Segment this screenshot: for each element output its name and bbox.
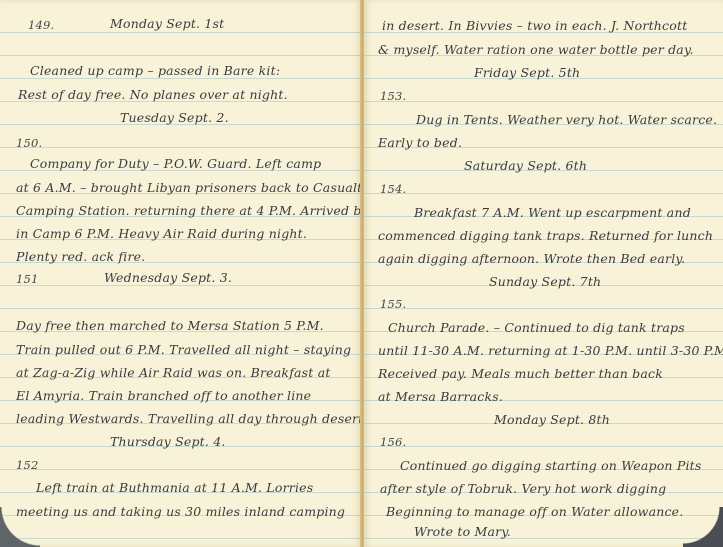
entry-date: Friday Sept. 5th: [474, 65, 580, 80]
entry-number: 149.: [28, 18, 54, 32]
entry-date: Monday Sept. 8th: [494, 412, 610, 427]
diary-line: Train pulled out 6 P.M. Travelled all ni…: [16, 342, 351, 357]
diary-line: Wrote to Mary.: [414, 524, 511, 539]
diary-line: Left train at Buthmania at 11 A.M. Lorri…: [36, 480, 313, 495]
entry-number: 151: [16, 272, 39, 286]
diary-line: Early to bed.: [378, 135, 462, 150]
right-page: in desert. In Bivvies – two in each. J. …: [364, 0, 723, 547]
diary-line: Continued go digging starting on Weapon …: [400, 458, 702, 473]
entry-date: Saturday Sept. 6th: [464, 158, 587, 173]
diary-line: Dug in Tents. Weather very hot. Water sc…: [416, 112, 717, 127]
diary-line: Cleaned up camp – passed in Bare kit:: [30, 63, 280, 78]
diary-line: meeting us and taking us 30 miles inland…: [16, 504, 345, 519]
diary-line: leading Westwards. Travelling all day th…: [16, 411, 362, 426]
diary-spread: 149.Monday Sept. 1stCleaned up camp – pa…: [0, 0, 723, 547]
diary-line: Plenty red. ack fire.: [16, 249, 145, 264]
diary-line: in Camp 6 P.M. Heavy Air Raid during nig…: [16, 226, 307, 241]
entry-date: Sunday Sept. 7th: [489, 274, 601, 289]
entry-number: 154.: [380, 182, 406, 196]
entry-date: Monday Sept. 1st: [110, 16, 224, 31]
entry-number: 150.: [16, 136, 42, 150]
diary-line: Church Parade. – Continued to dig tank t…: [388, 320, 685, 335]
diary-line: Camping Station. returning there at 4 P.…: [16, 203, 362, 218]
entry-number: 153.: [380, 89, 406, 103]
left-page: 149.Monday Sept. 1stCleaned up camp – pa…: [0, 0, 362, 547]
diary-line: & myself. Water ration one water bottle …: [378, 42, 694, 57]
diary-line: Company for Duty – P.O.W. Guard. Left ca…: [30, 156, 321, 171]
diary-line: Rest of day free. No planes over at nigh…: [18, 87, 288, 102]
diary-line: Beginning to manage off on Water allowan…: [386, 504, 683, 519]
entry-date: Thursday Sept. 4.: [110, 434, 226, 449]
diary-line: until 11-30 A.M. returning at 1-30 P.M. …: [378, 343, 723, 358]
entry-date: Tuesday Sept. 2.: [120, 110, 229, 125]
diary-line: after style of Tobruk. Very hot work dig…: [380, 481, 666, 496]
diary-line: in desert. In Bivvies – two in each. J. …: [382, 18, 687, 33]
diary-line: again digging afternoon. Wrote then Bed …: [378, 251, 685, 266]
entry-number: 155.: [380, 297, 406, 311]
entry-number: 156.: [380, 435, 406, 449]
diary-line: Day free then marched to Mersa Station 5…: [16, 318, 324, 333]
entry-number: 152: [16, 458, 39, 472]
diary-line: El Amyria. Train branched off to another…: [16, 388, 311, 403]
diary-line: at 6 A.M. – brought Libyan prisoners bac…: [16, 180, 362, 195]
diary-line: Received pay. Meals much better than bac…: [378, 366, 663, 381]
diary-line: commenced digging tank traps. Returned f…: [378, 228, 713, 243]
page-corner-right: [683, 507, 723, 547]
diary-line: Breakfast 7 A.M. Went up escarpment and: [414, 205, 691, 220]
diary-line: at Mersa Barracks.: [378, 389, 503, 404]
page-corner-left: [0, 507, 40, 547]
diary-line: at Zag-a-Zig while Air Raid was on. Brea…: [16, 365, 331, 380]
entry-date: Wednesday Sept. 3.: [104, 270, 232, 285]
